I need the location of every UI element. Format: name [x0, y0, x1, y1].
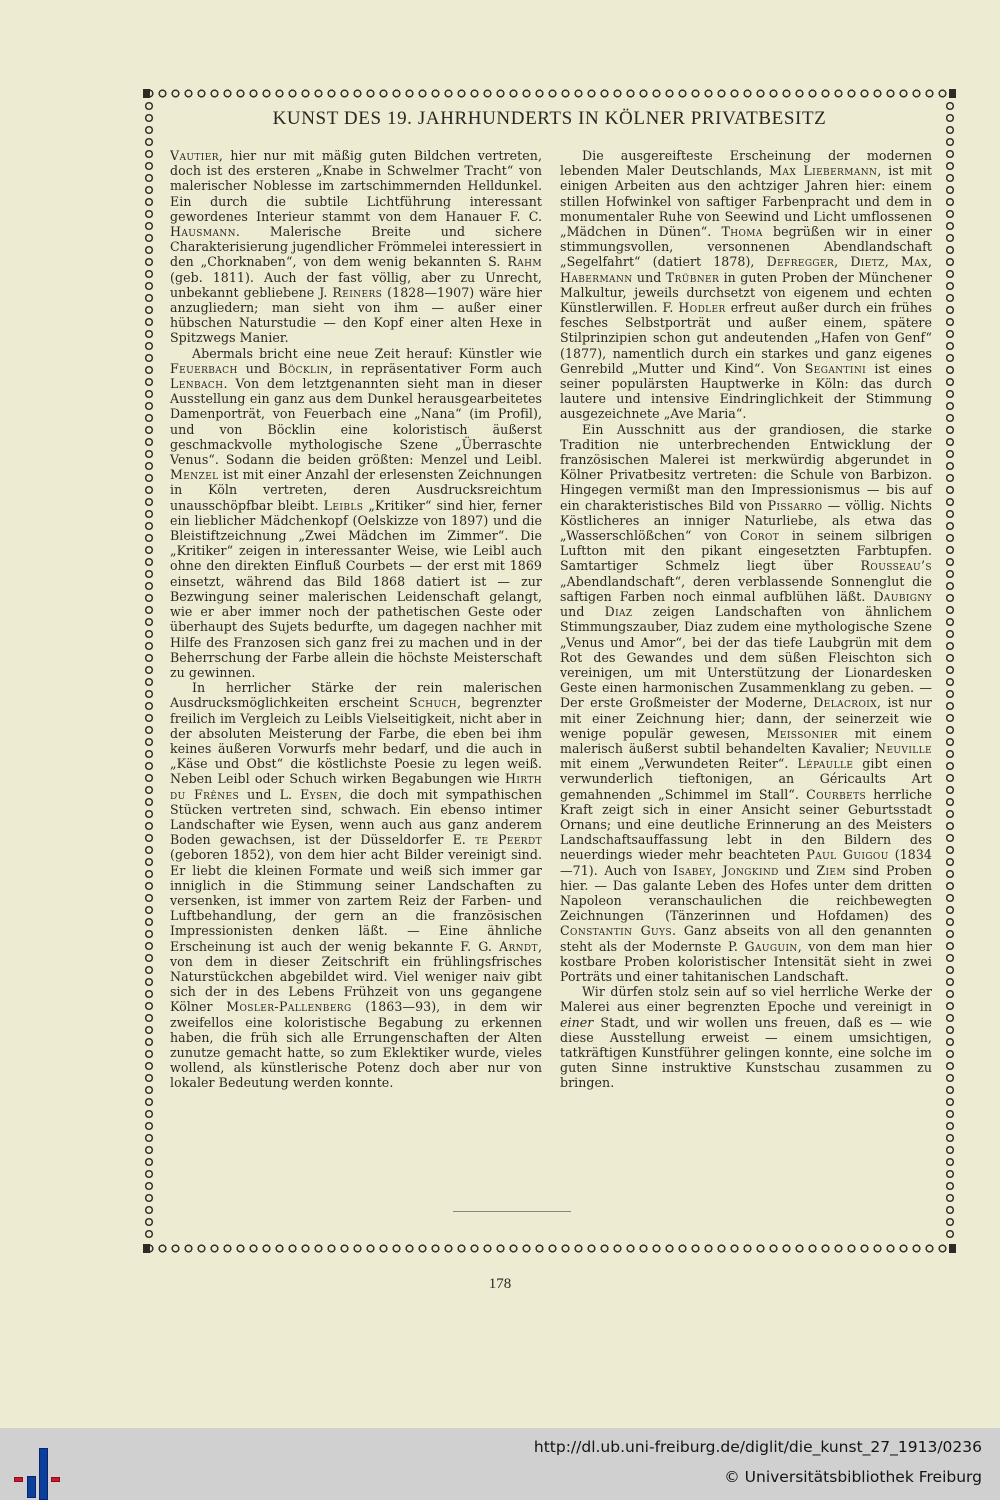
artist-name: Courbets [806, 787, 866, 802]
artist-name: Leibls [324, 498, 364, 513]
running-head: KUNST DES 19. JAHRHUNDERTS IN KÖLNER PRI… [143, 108, 956, 130]
artist-name: Neuville [875, 741, 932, 756]
artist-name: Reiners [332, 285, 382, 300]
artist-name: Hodler [678, 300, 725, 315]
permalink-url[interactable]: http://dl.ub.uni-freiburg.de/diglit/die_… [534, 1438, 982, 1456]
border-bottom-ornament [143, 1242, 956, 1255]
artist-name: Jongkind [723, 863, 779, 878]
page-number: 178 [0, 1276, 1000, 1293]
footer-bar: http://dl.ub.uni-freiburg.de/diglit/die_… [0, 1428, 1000, 1500]
artist-name: Hirth du Frênes [170, 771, 542, 801]
artist-name: Corot [740, 528, 779, 543]
artist-name: Hausmann [170, 224, 236, 239]
end-rule-divider [453, 1211, 571, 1212]
paragraph: Ein Ausschnitt aus der grandiosen, die s… [560, 422, 932, 985]
artist-name: Böcklin [278, 361, 328, 376]
artist-name: Schuch [409, 695, 457, 710]
artist-name: Pissarro [768, 498, 823, 513]
paragraph: Die ausgereifteste Erscheinung der moder… [560, 148, 932, 422]
artist-name: te Peerdt [475, 832, 542, 847]
border-right-ornament [944, 100, 956, 1242]
artist-name: Diaz [605, 604, 633, 619]
artist-name: Paul Guigou [806, 847, 888, 862]
artist-name: Lépaulle [797, 756, 853, 771]
artist-name: Daubigny [873, 589, 932, 604]
artist-name: Delacroix [813, 695, 877, 710]
paragraph: Abermals bricht eine neue Zeit herauf: K… [170, 346, 542, 680]
artist-name: Isabey [673, 863, 712, 878]
corner-square-icon [949, 1244, 956, 1253]
artist-name: Segantini [805, 361, 866, 376]
paragraph: Vautier, hier nur mit mäßig guten Bildch… [170, 148, 542, 346]
artist-name: Gauguin [745, 939, 798, 954]
artist-name: Meissonier [767, 726, 838, 741]
artist-name: Eysen [300, 787, 338, 802]
artist-name: Rahm [507, 254, 542, 269]
scanned-page: KUNST DES 19. JAHRHUNDERTS IN KÖLNER PRI… [0, 0, 1000, 1428]
artist-name: Habermann [560, 270, 633, 285]
artist-name: Lenbach [170, 376, 223, 391]
library-logo-icon[interactable] [12, 1448, 64, 1500]
artist-name: Dietz [850, 254, 884, 269]
copyright-notice: © Universitätsbibliothek Freiburg [724, 1468, 982, 1486]
corner-square-icon [143, 1244, 150, 1253]
right-column: Die ausgereifteste Erscheinung der moder… [560, 148, 932, 1091]
artist-name: Thoma [721, 224, 762, 239]
border-top-ornament [143, 87, 956, 100]
artist-name: Rousseau’s [861, 558, 932, 573]
artist-name: Defregger [767, 254, 835, 269]
artist-name: Arndt [499, 939, 538, 954]
artist-name: Mosler-Pallenberg [226, 999, 351, 1014]
artist-name: Feuerbach [170, 361, 238, 376]
artist-name: Trübner [666, 270, 719, 285]
artist-name: Constantin Guys [560, 923, 672, 938]
artist-name: Menzel [170, 467, 219, 482]
paragraph: In herrlicher Stärke der rein malerische… [170, 680, 542, 1090]
emphasis: einer [560, 1015, 593, 1030]
corner-square-icon [949, 89, 956, 98]
border-left-ornament [143, 100, 155, 1242]
artist-name: Ziem [816, 863, 846, 878]
artist-name: Max [901, 254, 928, 269]
artist-name: Max Liebermann [769, 163, 877, 178]
paragraph: Wir dürfen stolz sein auf so viel herrli… [560, 984, 932, 1090]
artist-name: Vautier [170, 148, 219, 163]
left-column: Vautier, hier nur mit mäßig guten Bildch… [170, 148, 542, 1091]
corner-square-icon [143, 89, 150, 98]
